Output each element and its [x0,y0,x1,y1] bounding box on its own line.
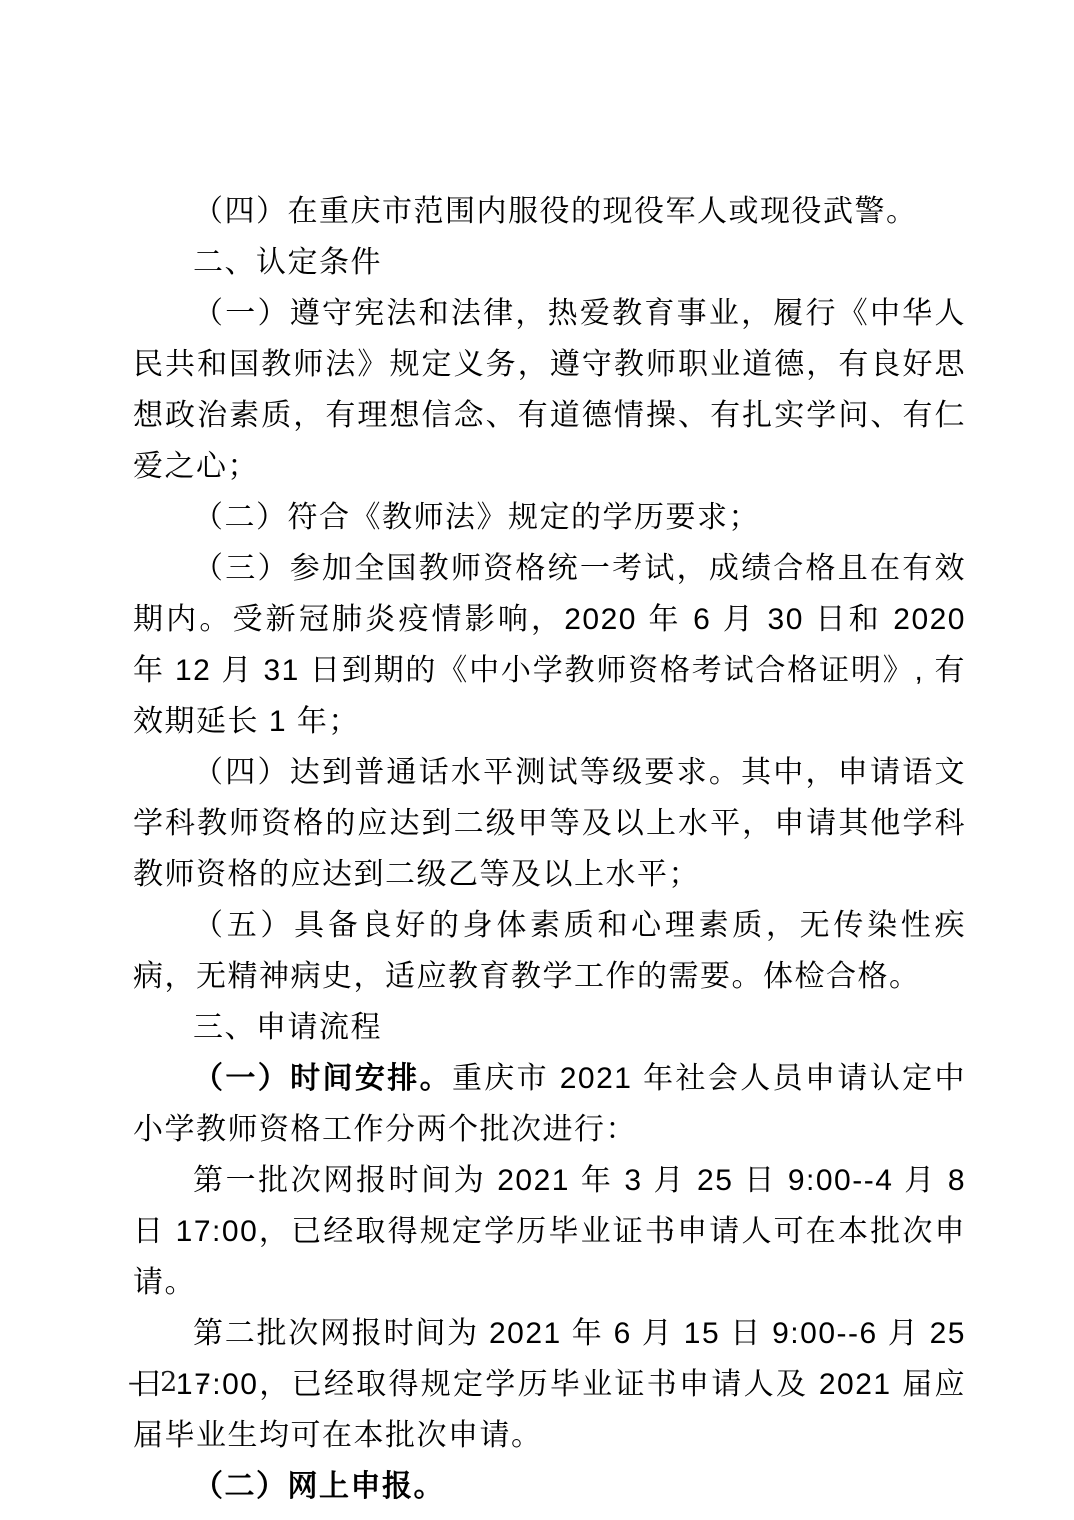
paragraph: 三、申请流程 [133,1002,966,1053]
paragraph-text: 第二批次网报时间为 2021 年 6 月 15 日 9:00--6 月 25 日… [133,1317,966,1452]
paragraph: 第一批次网报时间为 2021 年 3 月 25 日 9:00--4 月 8 日 … [133,1155,966,1308]
paragraph-text: （一）遵守宪法和法律，热爱教育事业，履行《中华人民共和国教师法》规定义务，遵守教… [133,297,966,483]
paragraph: 第二批次网报时间为 2021 年 6 月 15 日 9:00--6 月 25 日… [133,1308,966,1461]
paragraph: （五）具备良好的身体素质和心理素质，无传染性疾病，无精神病史，适应教育教学工作的… [133,900,966,1002]
paragraph: 二、认定条件 [133,237,966,288]
paragraph-text: （四）在重庆市范围内服役的现役军人或现役武警。 [193,195,918,228]
document-body: （四）在重庆市范围内服役的现役军人或现役武警。二、认定条件（一）遵守宪法和法律，… [133,186,966,1512]
paragraph: （四）达到普通话水平测试等级要求。其中，申请语文学科教师资格的应达到二级甲等及以… [133,747,966,900]
paragraph: （三）参加全国教师资格统一考试，成绩合格且在有效期内。受新冠肺炎疫情影响，202… [133,543,966,747]
paragraph-text: （五）具备良好的身体素质和心理素质，无传染性疾病，无精神病史，适应教育教学工作的… [133,909,966,993]
paragraph-text: （四）达到普通话水平测试等级要求。其中，申请语文学科教师资格的应达到二级甲等及以… [133,756,966,891]
paragraph: （四）在重庆市范围内服役的现役军人或现役武警。 [133,186,966,237]
paragraph: （二）符合《教师法》规定的学历要求； [133,492,966,543]
paragraph-bold-lead: （一）时间安排。 [193,1062,452,1095]
document-page: （四）在重庆市范围内服役的现役军人或现役武警。二、认定条件（一）遵守宪法和法律，… [0,0,1074,1520]
paragraph: （一）时间安排。重庆市 2021 年社会人员申请认定中小学教师资格工作分两个批次… [133,1053,966,1155]
paragraph: （二）网上申报。 [133,1461,966,1512]
paragraph-text: 三、申请流程 [193,1011,382,1044]
paragraph-text: （二）符合《教师法》规定的学历要求； [193,501,760,534]
paragraph: （一）遵守宪法和法律，热爱教育事业，履行《中华人民共和国教师法》规定义务，遵守教… [133,288,966,492]
page-number: – 2 – [128,1366,209,1400]
paragraph-text: 二、认定条件 [193,246,382,279]
paragraph-text: 第一批次网报时间为 2021 年 3 月 25 日 9:00--4 月 8 日 … [133,1164,966,1299]
paragraph-text: （三）参加全国教师资格统一考试，成绩合格且在有效期内。受新冠肺炎疫情影响，202… [133,552,966,738]
paragraph-bold-lead: （二）网上申报。 [193,1470,445,1503]
